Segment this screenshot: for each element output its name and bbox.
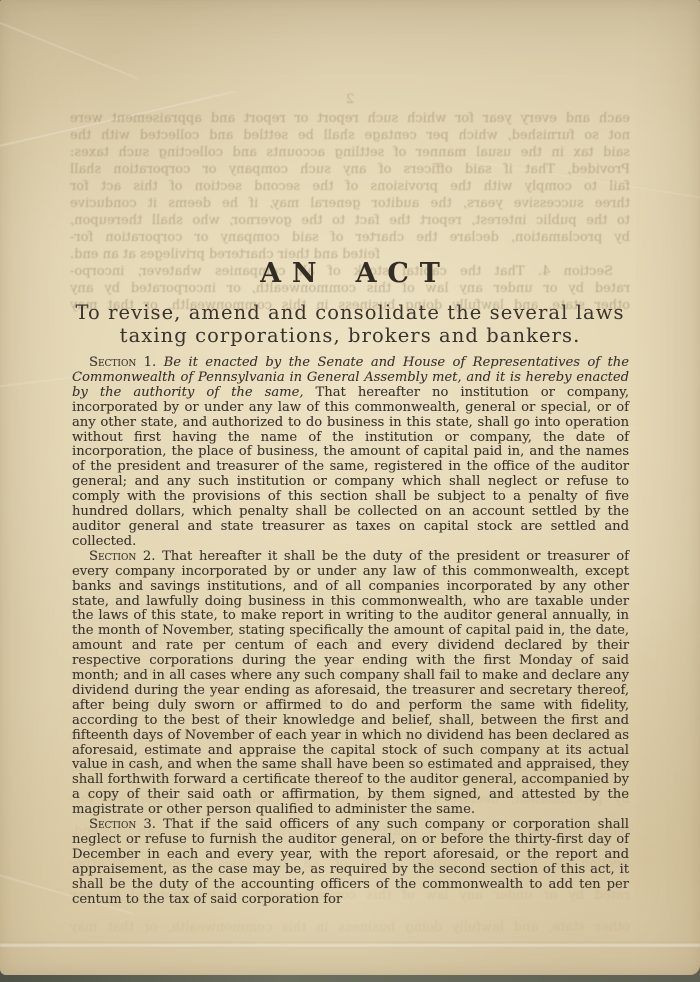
bleed-through-line: each and every year for which such repor… xyxy=(70,110,630,127)
bleed-through-line: to the public interest, report the fact … xyxy=(70,212,630,229)
bleed-through-page-number: 2 xyxy=(0,92,700,107)
section-2-label: Section 2. xyxy=(89,549,155,564)
paper-crease xyxy=(461,158,700,205)
section-1-label: Section 1. xyxy=(89,355,156,370)
act-subtitle-line-2: taxing corporations, brokers and bankers… xyxy=(60,324,640,347)
scanned-document: 2 each and every year for which such rep… xyxy=(0,0,700,982)
act-subtitle: To revise, amend and consolidate the sev… xyxy=(60,301,640,347)
act-title: AN ACT xyxy=(0,258,700,289)
paper-crease xyxy=(0,14,140,80)
act-body: Section 1. Be it enacted by the Senate a… xyxy=(72,356,629,908)
section-3-label: Section 3. xyxy=(89,817,156,832)
bleed-through-line: by proclamation, declare the charter of … xyxy=(70,229,630,246)
section-2-paragraph: Section 2. That hereafter it shall be th… xyxy=(72,550,629,818)
paper-crease xyxy=(0,90,237,154)
section-3-text: That if the said officers of any such co… xyxy=(72,817,629,907)
section-2-text: That hereafter it shall be the duty of t… xyxy=(72,549,629,817)
paper-sheet: 2 each and every year for which such rep… xyxy=(0,0,700,975)
bleed-through-line: not so furnished, which per centage shal… xyxy=(70,127,630,144)
bleed-through-line: Provided, That if said officers of any s… xyxy=(70,161,630,178)
section-1-text: That hereafter no institution or company… xyxy=(72,385,629,549)
section-3-paragraph: Section 3. That if the said officers of … xyxy=(72,818,629,907)
act-subtitle-line-1: To revise, amend and consolidate the sev… xyxy=(60,301,640,324)
section-1-paragraph: Section 1. Be it enacted by the Senate a… xyxy=(72,356,629,550)
paper-fold-line xyxy=(0,942,700,948)
bleed-through-line: fail to comply with the provisions of th… xyxy=(70,178,630,195)
bleed-through-line: said tax in the usual manner of settling… xyxy=(70,144,630,161)
bleed-through-line: three successive years, the auditor gene… xyxy=(70,195,630,212)
bleed-through-line: other state, and lawfully doing business… xyxy=(70,912,630,944)
